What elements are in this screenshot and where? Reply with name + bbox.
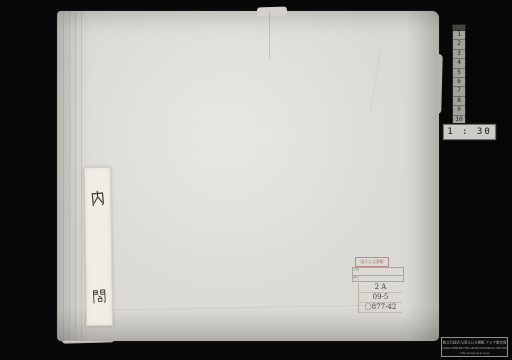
cover-crease xyxy=(370,45,382,114)
scale-ratio-text: 1 : 30 xyxy=(447,127,492,137)
archive-stamp-header: 国立公文書館 xyxy=(355,257,389,267)
archive-stamp-header-text: 国立公文書館 xyxy=(360,259,383,265)
scale-ruler: 1 2 3 4 5 6 7 8 9 10 xyxy=(452,24,466,124)
cover-crease xyxy=(269,11,270,59)
ruler-number: 7 xyxy=(453,87,465,96)
call-number-block: 2 A 09-5 〇877-42 xyxy=(353,283,402,313)
archive-stamp-table: 分類 番号 xyxy=(352,267,404,282)
archive-stamp: 国立公文書館 分類 番号 2 A 09-5 〇877-42 xyxy=(352,257,404,317)
stamp-row-label: 番号 xyxy=(353,276,359,280)
call-number-rows: 2 A 09-5 〇877-42 xyxy=(359,283,402,313)
credit-line-1: 独立行政法人国立公文書館 アジア歴史資料センター xyxy=(442,341,507,345)
jacar-credit-label: 独立行政法人国立公文書館 アジア歴史資料センター JAPAN CENTER FO… xyxy=(441,337,508,357)
scale-ratio-plate: 1 : 30 xyxy=(443,124,496,140)
ruler-number: 2 xyxy=(453,40,465,49)
document-cover: 国立公文書館 分類 番号 2 A 09-5 〇877-42 xyxy=(57,11,439,341)
credit-line-3: http://www.jacar.go.jp xyxy=(442,352,507,355)
call-number-row: 2 A xyxy=(359,283,402,293)
ruler-number: 8 xyxy=(453,97,465,106)
photo-stage: 国立公文書館 分類 番号 2 A 09-5 〇877-42 1 xyxy=(0,0,512,360)
ruler-number: 5 xyxy=(453,69,465,78)
stamp-table-row: 番号 xyxy=(353,275,403,283)
call-number-row: 〇877-42 xyxy=(359,303,402,313)
ruler-number: 9 xyxy=(453,106,465,115)
ruler-number: 1 xyxy=(453,31,465,40)
title-char-bottom xyxy=(90,288,108,306)
spine-page-edges xyxy=(57,11,85,341)
call-number-row: 09-5 xyxy=(359,293,402,303)
ruler-number: 3 xyxy=(453,50,465,59)
credit-line-2: JAPAN CENTER FOR ASIAN HISTORICAL RECORD… xyxy=(442,347,507,350)
ruler-number: 4 xyxy=(453,59,465,68)
stamp-row-label: 分類 xyxy=(353,268,359,272)
title-slip xyxy=(84,167,113,326)
cover-top-flap xyxy=(257,6,287,16)
ruler-number: 6 xyxy=(453,78,465,87)
title-char-top xyxy=(89,189,107,207)
